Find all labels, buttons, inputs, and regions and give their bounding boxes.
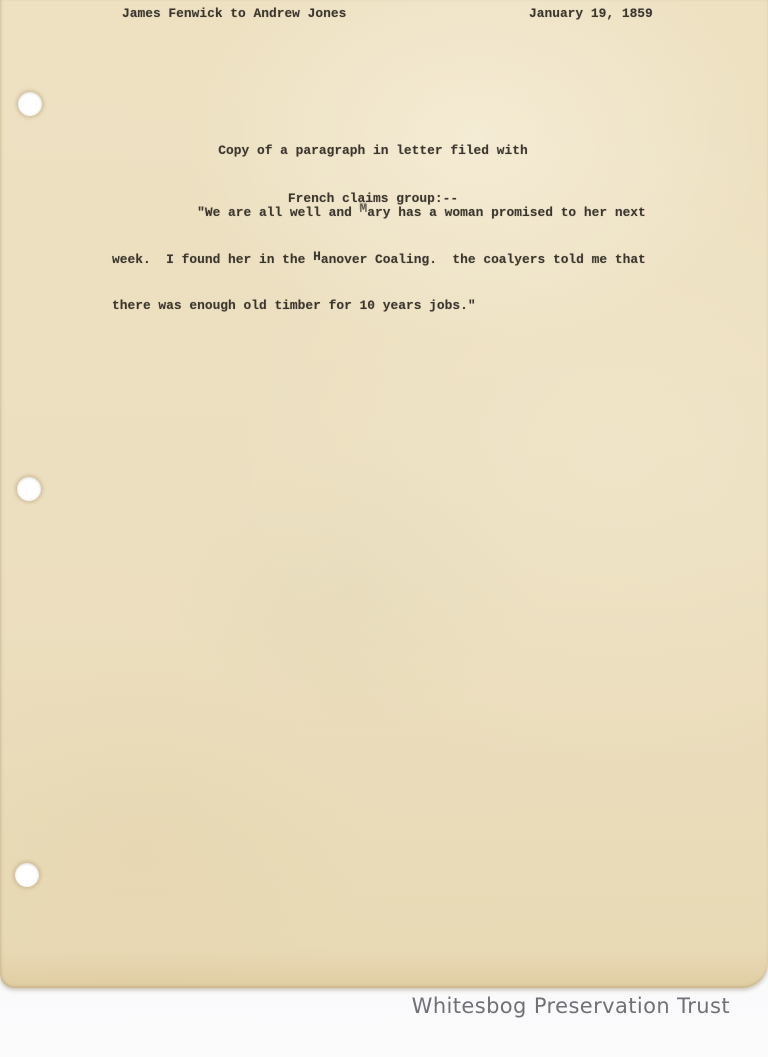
paper-sheet: James Fenwick to Andrew Jones January 19… <box>0 0 768 988</box>
paragraph-text: "We are all well and <box>112 205 360 220</box>
quoted-paragraph: "We are all well and Mary has a woman pr… <box>112 174 646 345</box>
paragraph-text: week. I found her in the <box>112 252 313 267</box>
scan-background: James Fenwick to Andrew Jones January 19… <box>0 0 768 1057</box>
hole-punch-top <box>18 92 42 116</box>
paragraph-line-2: week. I found her in the Hanover Coaling… <box>112 252 646 268</box>
watermark-label: Whitesbog Preservation Trust <box>412 994 730 1018</box>
raised-letter-h: H <box>313 249 321 264</box>
hole-punch-middle <box>17 477 41 501</box>
paragraph-text: ary has a woman promised to her next <box>367 205 645 220</box>
paragraph-text: anover Coaling. the coalyers told me tha… <box>321 252 646 267</box>
hole-punch-bottom <box>15 863 39 887</box>
paragraph-text: there was enough old timber for 10 years… <box>112 298 476 313</box>
raised-letter-m: M <box>360 201 368 216</box>
document-date: January 19, 1859 <box>529 6 653 22</box>
heading-line-1: Copy of a paragraph in letter filed with <box>90 143 656 159</box>
paragraph-line-3: there was enough old timber for 10 years… <box>112 298 646 314</box>
correspondents-line: James Fenwick to Andrew Jones <box>122 6 346 22</box>
paragraph-line-1: "We are all well and Mary has a woman pr… <box>112 205 646 221</box>
